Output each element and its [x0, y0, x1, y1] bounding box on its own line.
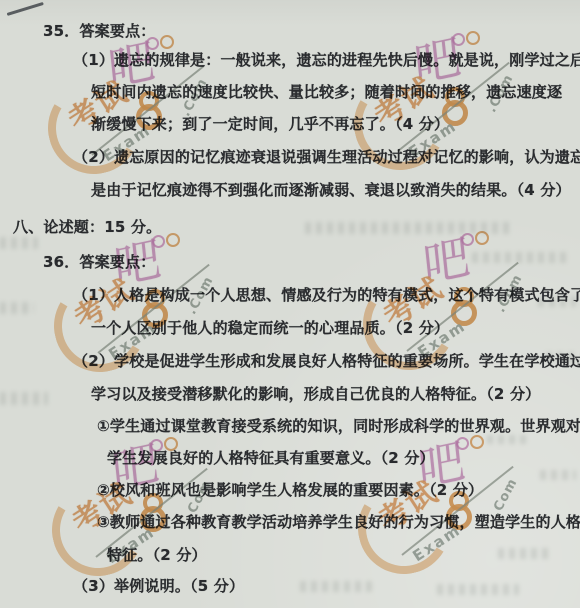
answer-line: 学习以及接受潜移默化的影响，形成自己优良的人格特征。（2 分）: [91, 383, 540, 404]
bleed-through-smudge: [0, 237, 38, 249]
answer-line: （2）遗忘原因的记忆痕迹衰退说强调生理活动过程对记忆的影响，认为遗忘: [73, 146, 580, 167]
watermark-circle-icon: [452, 33, 465, 46]
answer-line: 是由于记忆痕迹得不到强化而逐渐减弱、衰退以致消失的结果。（4 分）: [91, 179, 571, 200]
answer-line: ②校风和班风也是影响学生人格发展的重要因素。（2 分）: [97, 479, 483, 500]
bleed-through-smudge: [540, 470, 576, 480]
section-8-header: 八、论述题：15 分。: [13, 216, 161, 237]
bleed-through-smudge: [498, 548, 550, 559]
answer-line: ①学生通过课堂教育接受系统的知识，同时形成科学的世界观。世界观对: [97, 415, 580, 436]
answer-line: （1）人格是构成一个人思想、情感及行为的特有模式，这个特有模式包含了: [73, 284, 580, 305]
bleed-through-smudge: [472, 252, 567, 263]
watermark-circle-icon: [466, 31, 480, 45]
watermark-slash-line: [97, 264, 209, 354]
bleed-through-smudge: [305, 222, 510, 234]
watermark-circle-icon: [470, 435, 484, 449]
watermark-circle-icon: [160, 35, 174, 49]
watermark-circle-icon: [461, 233, 474, 246]
question-35-header: 35．答案要点：: [43, 20, 155, 41]
bleed-through-smudge: [300, 581, 372, 592]
answer-line: 短时间内遗忘的速度比较快、量比较多；随着时间的推移，遗忘速度逐: [91, 81, 562, 102]
answer-line: （1）遗忘的规律是：一般说来，遗忘的进程先快后慢。就是说，刚学过之后: [73, 49, 580, 70]
scanned-exam-answer-page: 35．答案要点： （1）遗忘的规律是：一般说来，遗忘的进程先快后慢。就是说，刚学…: [0, 0, 580, 608]
answer-line: 一个人区别于他人的稳定而统一的心理品质。（2 分）: [91, 317, 449, 338]
bleed-through-smudge: [0, 392, 48, 405]
watermark-circle-icon: [166, 233, 180, 247]
answer-line: ③教师通过各种教育教学活动培养学生良好的行为习惯，塑造学生的人格: [97, 511, 580, 532]
bleed-through-smudge: [0, 302, 34, 314]
answer-line: 学生发展良好的人格特征具有重要意义。（2 分）: [107, 447, 435, 468]
bleed-through-smudge: [487, 435, 531, 444]
watermark-slash-line: [397, 62, 509, 152]
watermark-slash-line: [406, 262, 518, 352]
answer-line: （2）学校是促进学生形成和发展良好人格特征的重要场所。学生在学校通过: [73, 350, 580, 371]
watermark-ba-glyph: 吧: [421, 233, 472, 290]
pen-stroke-mark: [7, 2, 44, 16]
answer-line: 渐缓慢下来；到了一定时间，几乎不再忘了。（4 分）: [91, 113, 449, 134]
bleed-through-smudge: [437, 584, 519, 595]
question-36-header: 36．答案要点：: [43, 251, 155, 272]
watermark-circle-icon: [456, 437, 469, 450]
watermark-slash-line: [91, 66, 203, 156]
answer-line: 特征。（2 分）: [107, 544, 207, 565]
answer-line: （3）举例说明。（5 分）: [73, 575, 244, 596]
